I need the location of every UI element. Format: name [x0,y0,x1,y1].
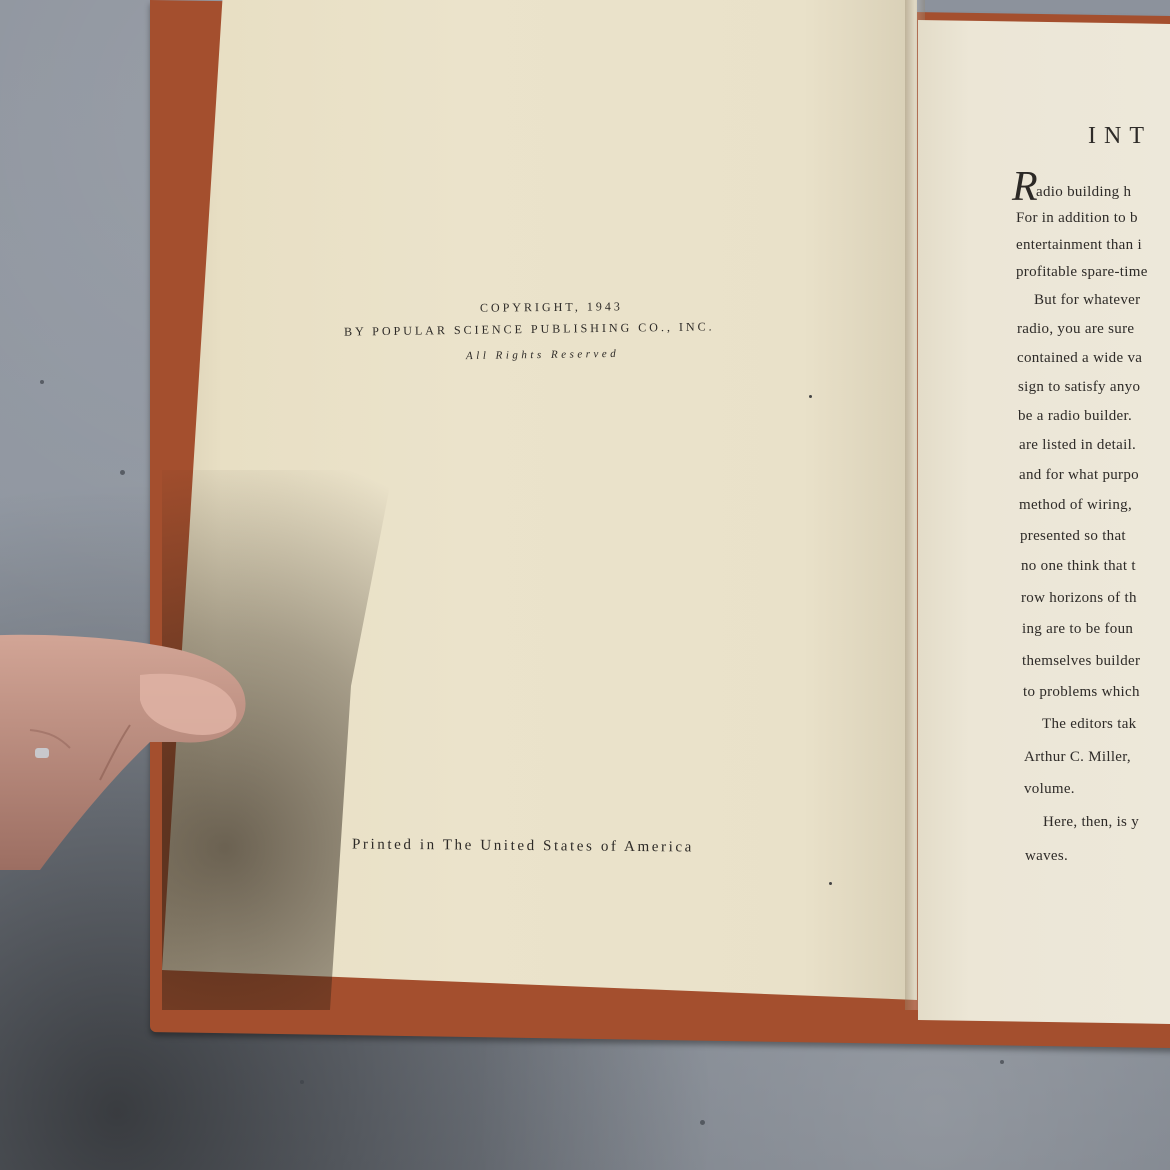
body-line: presented so that [1020,528,1126,545]
body-line: to problems which [1023,684,1140,701]
body-line: are listed in detail. [1019,437,1136,454]
body-line: and for what purpo [1019,467,1139,484]
body-line: But for whatever [1034,292,1140,309]
body-line: waves. [1025,848,1068,865]
page-speck [809,395,812,398]
body-line: Arthur C. Miller, [1024,749,1131,766]
body-line: sign to satisfy anyo [1018,379,1140,396]
page-speck [829,882,832,885]
body-line: no one think that t [1021,558,1136,575]
body-line: contained a wide va [1017,350,1142,367]
body-line: ing are to be foun [1022,621,1133,638]
body-line: adio building h [1036,184,1131,201]
body-line: be a radio builder. [1018,408,1132,425]
drop-cap: R [1012,166,1038,208]
introduction-heading: INT [1088,123,1152,150]
surface-speck [40,380,44,384]
surface-speck [300,1080,304,1084]
body-line: radio, you are sure [1017,321,1134,338]
surface-speck [1000,1060,1004,1064]
body-line: volume. [1024,781,1075,798]
copyright-line: COPYRIGHT, 1943 [480,299,623,315]
body-line: The editors tak [1042,716,1136,733]
surface-speck [700,1120,705,1125]
body-line: For in addition to b [1016,210,1138,227]
hand-holding-page [0,630,250,870]
body-line: entertainment than i [1016,237,1142,254]
printed-in-line: Printed in The United States of America [352,837,694,857]
body-line: row horizons of th [1021,590,1137,607]
body-line: method of wiring, [1019,497,1132,514]
body-line: themselves builder [1022,653,1140,670]
body-line: Here, then, is y [1043,814,1139,831]
surface-speck [120,470,125,475]
body-line: profitable spare-time [1016,264,1148,281]
rights-line: All Rights Reserved [466,348,619,362]
ring-icon [35,748,49,758]
photo-scene: COPYRIGHT, 1943 BY POPULAR SCIENCE PUBLI… [0,0,1170,1170]
right-page [918,20,1170,1024]
